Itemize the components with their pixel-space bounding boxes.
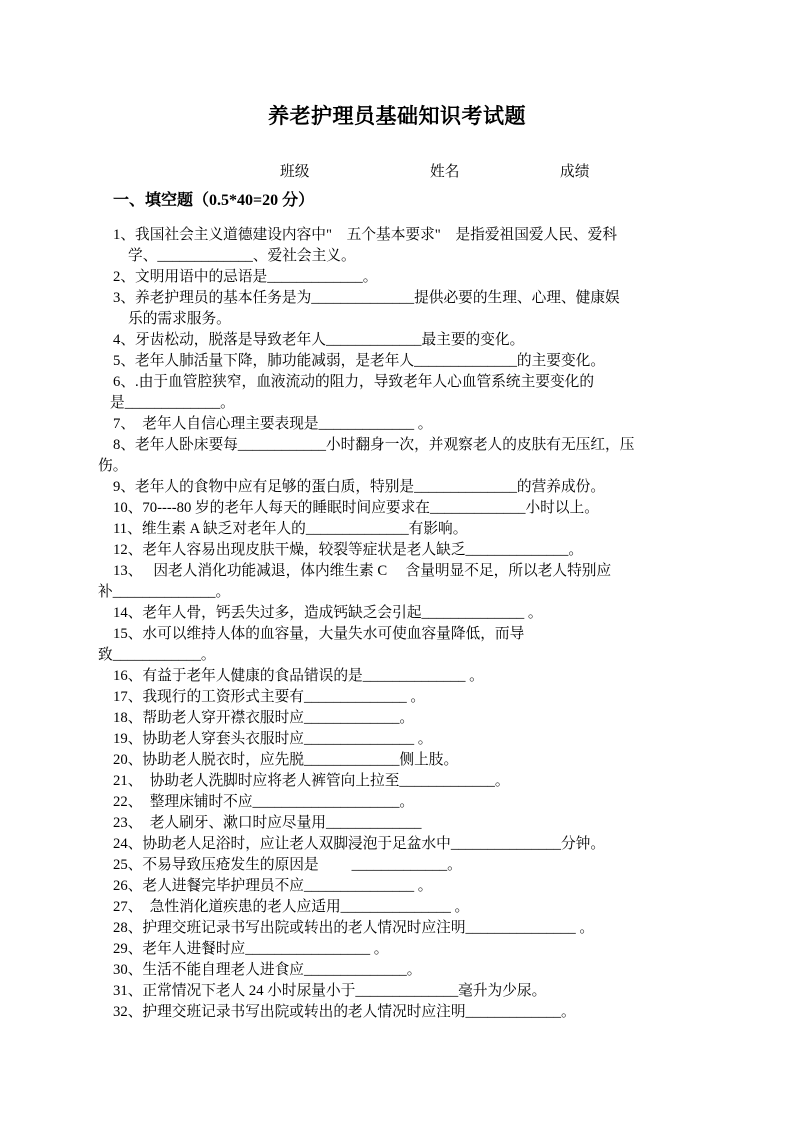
question-line: 4、牙齿松动，脱落是导致老年人_____________最主要的变化。 [113, 330, 794, 351]
question-line: 28、护理交班记录书写出院或转出的老人情况时应注明_______________… [113, 918, 794, 939]
question-line: 25、不易导致压疮发生的原因是 _____________。 [113, 855, 794, 876]
question-line: 8、老年人卧床要每____________小时翻身一次，并观察老人的皮肤有无压红… [113, 435, 794, 456]
name-label: 姓名 [430, 162, 459, 183]
question-line: 24、协助老人足浴时，应让老人双脚浸泡于足盆水中_______________分… [113, 834, 794, 855]
question-line: 22、 整理床铺时不应____________________。 [113, 792, 794, 813]
question-line: 7、 老年人自信心理主要表现是_____________ 。 [113, 414, 794, 435]
question-list: 1、我国社会主义道德建设内容中" 五个基本要求" 是指爱祖国爱人民、爱科学、__… [0, 225, 794, 1023]
question-line: 3、养老护理员的基本任务是为______________提供必要的生理、心理、健… [113, 288, 794, 309]
student-info-row: 班级 姓名 成绩 [0, 162, 794, 183]
question-line: 30、生活不能自理老人进食应______________。 [113, 960, 794, 981]
question-line: 致____________。 [98, 645, 794, 666]
question-line: 18、帮助老人穿开襟衣服时应_____________。 [113, 708, 794, 729]
question-line: 15、水可以维持人体的血容量，大量失水可使血容量降低，而导 [113, 624, 794, 645]
score-label: 成绩 [560, 162, 589, 183]
question-line: 5、老年人肺活量下降，肺功能减弱，是老年人______________的主要变化… [113, 351, 794, 372]
question-line: 29、老年人进餐时应_________________ 。 [113, 939, 794, 960]
question-line: 23、 老人刷牙、漱口时应尽量用_____________ [113, 813, 794, 834]
question-line: 1、我国社会主义道德建设内容中" 五个基本要求" 是指爱祖国爱人民、爱科 [113, 225, 794, 246]
question-line: 32、护理交班记录书写出院或转出的老人情况时应注明_____________。 [113, 1002, 794, 1023]
question-line: 11、维生素 A 缺乏对老年人的______________有影响。 [113, 519, 794, 540]
exam-page: 养老护理员基础知识考试题 班级 姓名 成绩 一、填空题（0.5*40=20 分）… [0, 0, 794, 1123]
question-line: 伤。 [98, 456, 794, 477]
question-line: 是_____________。 [110, 393, 794, 414]
page-title: 养老护理员基础知识考试题 [0, 0, 794, 129]
question-line: 14、老年人骨，钙丢失过多，造成钙缺乏会引起______________ 。 [113, 603, 794, 624]
question-line: 学、_____________、爱社会主义。 [128, 246, 794, 267]
question-line: 20、协助老人脱衣时，应先脱_____________侧上肢。 [113, 750, 794, 771]
question-line: 6、.由于血管腔狭窄，血液流动的阻力，导致老年人心血管系统主要变化的 [113, 372, 794, 393]
class-label: 班级 [280, 162, 309, 183]
question-line: 27、 急性消化道疾患的老人应适用_______________ 。 [113, 897, 794, 918]
question-line: 乐的需求服务。 [128, 309, 794, 330]
question-line: 9、老年人的食物中应有足够的蛋白质，特别是______________的营养成份… [113, 477, 794, 498]
question-line: 17、我现行的工资形式主要有______________ 。 [113, 687, 794, 708]
question-line: 13、 因老人消化功能减退，体内维生素 C 含量明显不足，所以老人特别应 [113, 561, 794, 582]
question-line: 10、70----80 岁的老年人每天的睡眠时间应要求在____________… [113, 498, 794, 519]
question-line: 26、老人进餐完毕护理员不应_______________ 。 [113, 876, 794, 897]
question-line: 补______________。 [98, 582, 794, 603]
question-line: 31、正常情况下老人 24 小时尿量小于______________毫升为少尿。 [113, 981, 794, 1002]
section-heading: 一、填空题（0.5*40=20 分） [113, 190, 794, 212]
question-line: 12、老年人容易出现皮肤干燥，较裂等症状是老人缺乏______________。 [113, 540, 794, 561]
question-line: 19、协助老人穿套头衣服时应_______________ 。 [113, 729, 794, 750]
question-line: 21、 协助老人洗脚时应将老人裤管向上拉至_____________。 [113, 771, 794, 792]
question-line: 2、文明用语中的忌语是_____________。 [113, 267, 794, 288]
question-line: 16、有益于老年人健康的食品错误的是______________ 。 [113, 666, 794, 687]
